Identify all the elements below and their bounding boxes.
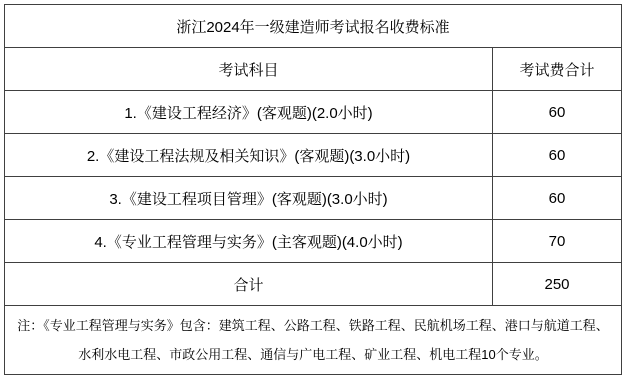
- note-cell: 注：《专业工程管理与实务》包含：建筑工程、公路工程、铁路工程、民航机场工程、港口…: [5, 306, 622, 375]
- table-row: 2.《建设工程法规及相关知识》(客观题)(3.0小时) 60: [5, 134, 622, 177]
- header-subject: 考试科目: [5, 48, 493, 91]
- subject-cell: 4.《专业工程管理与实务》(主客观题)(4.0小时): [5, 220, 493, 263]
- note-row: 注：《专业工程管理与实务》包含：建筑工程、公路工程、铁路工程、民航机场工程、港口…: [5, 306, 622, 375]
- fee-cell: 60: [493, 91, 622, 134]
- note-line-2: 水利水电工程、市政公用工程、通信与广电工程、矿业工程、机电工程10个专业。: [9, 340, 617, 369]
- total-row: 合计 250: [5, 263, 622, 306]
- note-line-1: 注：《专业工程管理与实务》包含：建筑工程、公路工程、铁路工程、民航机场工程、港口…: [9, 311, 617, 340]
- table-row: 1.《建设工程经济》(客观题)(2.0小时) 60: [5, 91, 622, 134]
- header-fee-total: 考试费合计: [493, 48, 622, 91]
- total-label: 合计: [5, 263, 493, 306]
- total-fee: 250: [493, 263, 622, 306]
- title-row: 浙江2024年一级建造师考试报名收费标准: [5, 5, 622, 48]
- table-title: 浙江2024年一级建造师考试报名收费标准: [5, 5, 622, 48]
- header-row: 考试科目 考试费合计: [5, 48, 622, 91]
- table-row: 3.《建设工程项目管理》(客观题)(3.0小时) 60: [5, 177, 622, 220]
- subject-cell: 2.《建设工程法规及相关知识》(客观题)(3.0小时): [5, 134, 493, 177]
- fee-cell: 70: [493, 220, 622, 263]
- fee-cell: 60: [493, 177, 622, 220]
- exam-fee-table: 浙江2024年一级建造师考试报名收费标准 考试科目 考试费合计 1.《建设工程经…: [4, 4, 622, 375]
- subject-cell: 3.《建设工程项目管理》(客观题)(3.0小时): [5, 177, 493, 220]
- fee-cell: 60: [493, 134, 622, 177]
- subject-cell: 1.《建设工程经济》(客观题)(2.0小时): [5, 91, 493, 134]
- table-row: 4.《专业工程管理与实务》(主客观题)(4.0小时) 70: [5, 220, 622, 263]
